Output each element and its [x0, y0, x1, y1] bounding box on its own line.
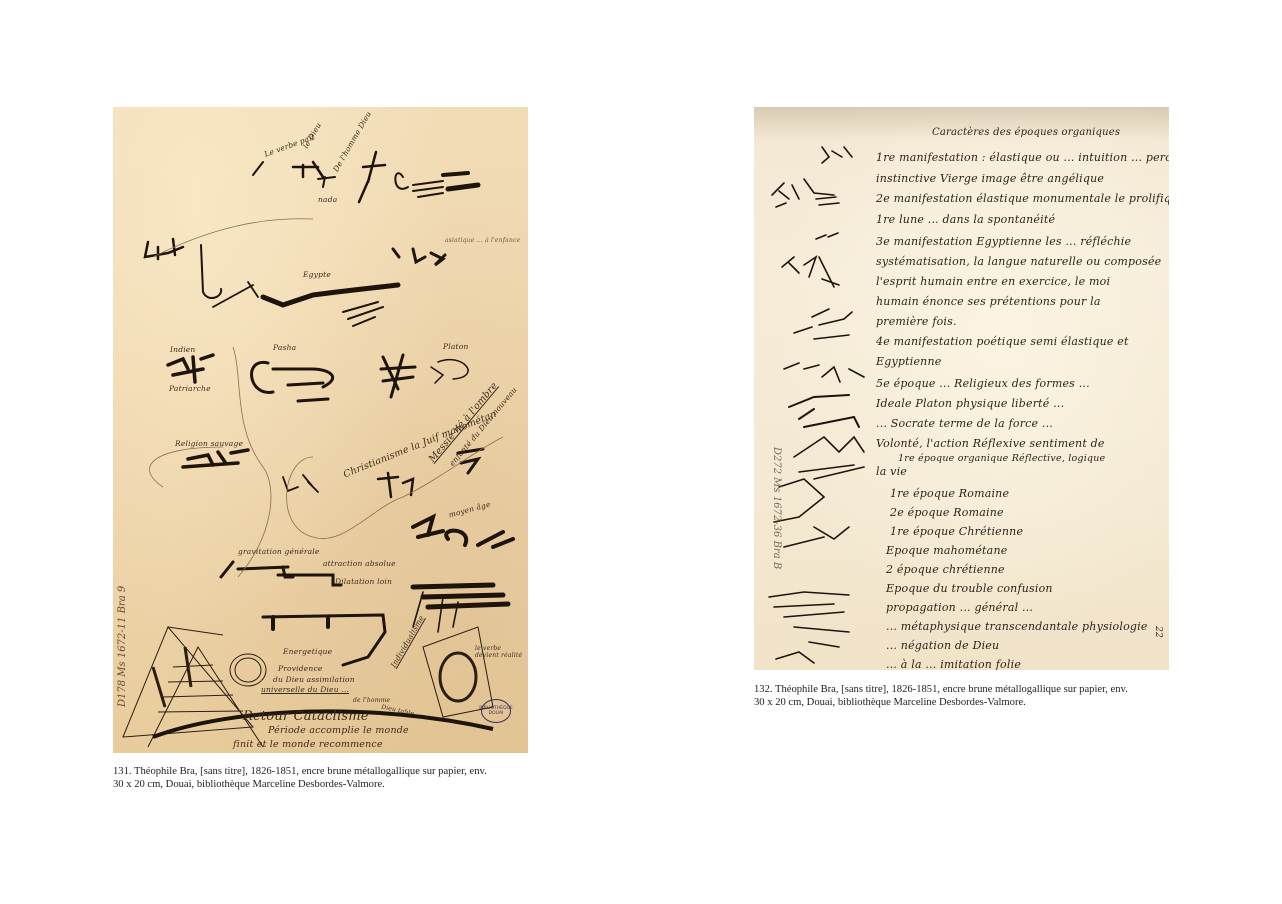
- annotation-egypte: Egypte: [303, 270, 331, 279]
- caption-132-line-2: 30 x 20 cm, Douai, bibliothèque Marcelin…: [754, 696, 1174, 709]
- annotation-verbe-reprise: le verbe devient réalité: [475, 645, 525, 659]
- manuscript-line: la vie: [876, 465, 1166, 487]
- manuscript-line: 1re époque Romaine: [890, 487, 1169, 506]
- annotation-asiatique: asiatique ... à l'enfance: [445, 237, 520, 244]
- annotation-dilatation: Dilatation loin: [335, 577, 392, 586]
- figure-caption-132: 132. Théophile Bra, [sans titre], 1826-1…: [754, 683, 1174, 709]
- annotation-energetique: Energetique: [283, 647, 332, 656]
- manuscript-line: ... Socrate terme de la force ...: [876, 417, 1166, 437]
- manuscript-line: Epoque du trouble confusion: [886, 582, 1169, 601]
- manuscript-line: 1re époque organique Réflective, logique: [898, 453, 1169, 465]
- manuscript-line: propagation ... général ...: [886, 601, 1169, 620]
- annotation-patriarche: Patriarche: [169, 384, 211, 393]
- annotation-gravitation: gravitation générale: [238, 547, 320, 556]
- caption-132-line-1: 132. Théophile Bra, [sans titre], 1826-1…: [754, 683, 1174, 696]
- annotation-dieu-assimilation: du Dieu assimilation: [273, 675, 355, 684]
- manuscript-line: 1re lune ... dans la spontanéité: [876, 213, 1166, 235]
- annotation-periode: Période accomplie le monde: [268, 725, 409, 736]
- manuscript-line: 2 époque chrétienne: [886, 563, 1169, 582]
- manuscript-image-132: Caractères des époques organiques 1re ma…: [754, 107, 1169, 670]
- shelfmark-132: D272 Ms 1672-36 Bra B: [771, 447, 782, 569]
- annotation-homme: de l'homme: [353, 697, 390, 704]
- manuscript-page-number: 22: [1153, 626, 1163, 638]
- annotation-universelle: universelle du Dieu ...: [261, 685, 349, 694]
- manuscript-line: 3e manifestation Egyptienne les ... réfl…: [876, 235, 1166, 255]
- figure-caption-131: 131. Théophile Bra, [sans titre], 1826-1…: [113, 765, 533, 791]
- annotation-platon: Platon: [443, 342, 468, 351]
- manuscript-line: 5e époque ... Religieux des formes ...: [876, 377, 1166, 397]
- manuscript-line: première fois.: [876, 315, 1166, 335]
- manuscript-line: 2e manifestation élastique monumentale l…: [876, 192, 1166, 213]
- manuscript-line: ... négation de Dieu: [886, 639, 1169, 658]
- caption-131-line-2: 30 x 20 cm, Douai, bibliothèque Marcelin…: [113, 778, 533, 791]
- library-stamp-text: BIBLIOTHÈQUE DOUAI: [479, 706, 513, 716]
- manuscript-line: 1re manifestation : élastique ou ... int…: [876, 151, 1166, 172]
- manuscript-line: Volonté, l'action Réflexive sentiment de: [876, 437, 1166, 453]
- annotation-nada: nada: [318, 195, 337, 204]
- manuscript-lines: 1re manifestation : élastique ou ... int…: [876, 151, 1166, 670]
- manuscript-line: 4e manifestation poétique semi élastique…: [876, 335, 1166, 355]
- manuscript-image-131: Le verbe paît le Dieu De l'homme Dieu na…: [113, 107, 528, 753]
- manuscript-line: 2e époque Romaine: [890, 506, 1169, 525]
- manuscript-line: Ideale Platon physique liberté ...: [876, 397, 1166, 417]
- manuscript-line: humain énonce ses prétentions pour la: [876, 295, 1166, 315]
- manuscript-line: 1re époque Chrétienne: [890, 525, 1169, 544]
- manuscript-line: instinctive Vierge image être angélique: [876, 172, 1166, 193]
- manuscript-line: ... à la ... imitation folie: [886, 658, 1169, 671]
- caption-131-line-1: 131. Théophile Bra, [sans titre], 1826-1…: [113, 765, 533, 778]
- library-stamp: BIBLIOTHÈQUE DOUAI: [481, 699, 511, 723]
- manuscript-title: Caractères des époques organiques: [932, 127, 1120, 138]
- annotation-finit: finit et le monde recommence: [233, 739, 383, 750]
- annotation-retour: Retour Cataclisme: [243, 709, 369, 724]
- manuscript-line: Epoque mahométane: [886, 544, 1169, 563]
- annotation-attraction: attraction absolue: [323, 559, 396, 568]
- shelfmark-131: D178 Ms 1672-11 Bra 9: [117, 586, 128, 707]
- manuscript-line: systématisation, la langue naturelle ou …: [876, 255, 1166, 275]
- annotation-indien: Indien: [170, 345, 195, 354]
- manuscript-line: ... métaphysique transcendantale physiol…: [886, 620, 1169, 639]
- annotation-pasha: Pasha: [273, 343, 296, 352]
- annotation-sauvage: Religion sauvage: [175, 439, 243, 448]
- annotation-providence: Providence: [278, 664, 323, 673]
- manuscript-line: Egyptienne: [876, 355, 1166, 377]
- manuscript-line: l'esprit humain entre en exercice, le mo…: [876, 275, 1166, 295]
